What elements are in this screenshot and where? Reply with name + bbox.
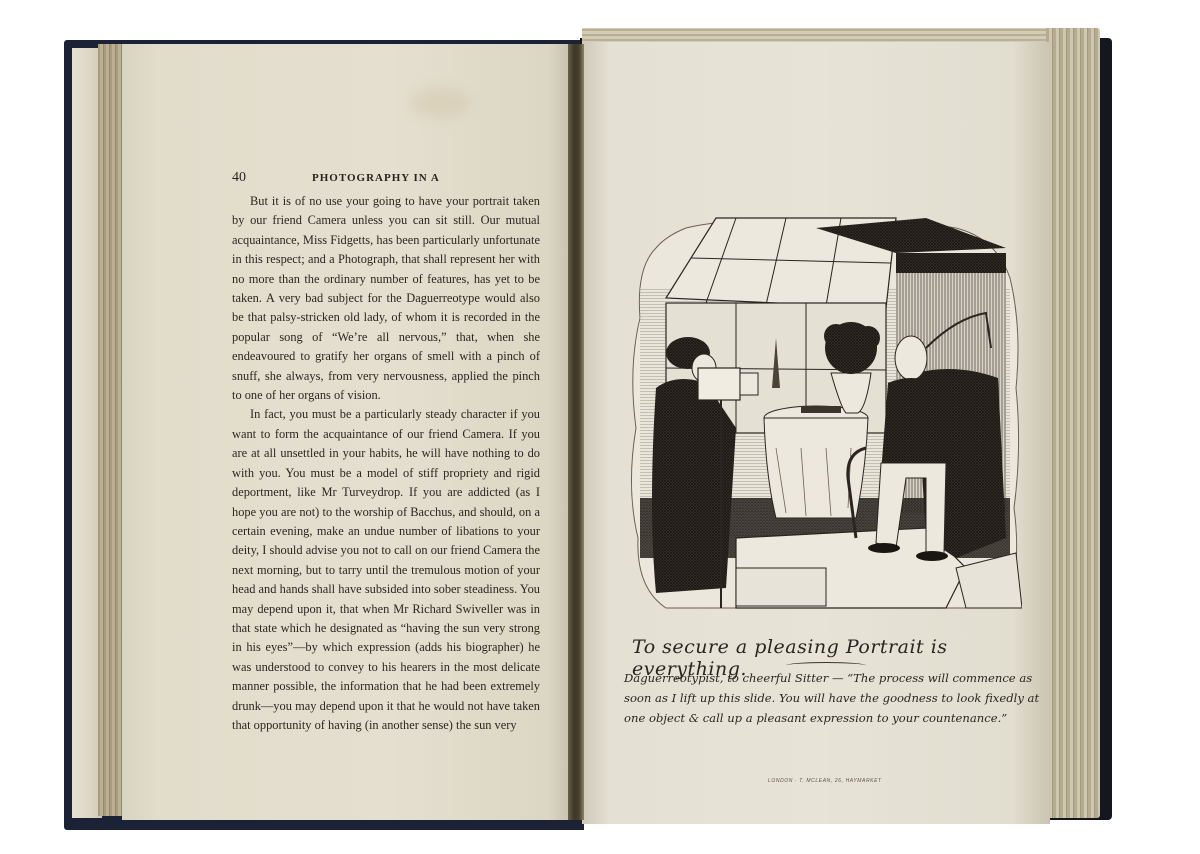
- page-number: 40: [232, 170, 246, 186]
- body-text: But it is of no use your going to have y…: [232, 192, 540, 735]
- running-head: 40 PHOTOGRAPHY IN A: [232, 170, 558, 188]
- daguerreotype-scene-icon: [626, 208, 1022, 624]
- paragraph: In fact, you must be a particularly stea…: [232, 405, 540, 735]
- caption-body: Daguerreotypist, to cheerful Sitter — “T…: [624, 668, 1040, 728]
- paragraph: But it is of no use your going to have y…: [232, 192, 540, 405]
- publisher-imprint: LONDON · T. MCLEAN, 26, HAYMARKET: [768, 778, 908, 784]
- open-book: 40 PHOTOGRAPHY IN A But it is of no use …: [0, 0, 1200, 854]
- foxing-stain: [410, 88, 470, 118]
- book-gutter: [568, 44, 584, 820]
- engraving-illustration: [626, 208, 1022, 624]
- running-head-title: PHOTOGRAPHY IN A: [312, 172, 440, 184]
- page-block-right: [1046, 28, 1100, 818]
